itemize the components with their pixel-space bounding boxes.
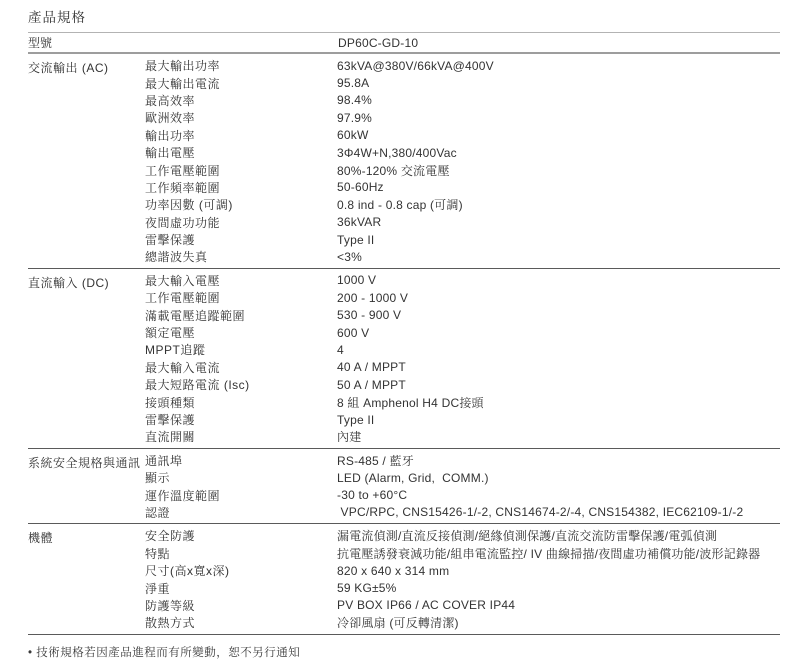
spec-row: 通訊埠RS-485 / 藍牙 xyxy=(145,452,780,469)
spec-row: 工作電壓範圍200 - 1000 V xyxy=(145,289,780,306)
spec-label: 安全防護 xyxy=(145,527,337,544)
section-title: 直流輸入 (DC) xyxy=(28,272,145,446)
spec-row: 直流開關內建 xyxy=(145,428,780,445)
model-value: DP60C-GD-10 xyxy=(338,36,780,50)
spec-row: 滿載電壓追蹤範圍530 - 900 V xyxy=(145,306,780,323)
spec-label: 顯示 xyxy=(145,469,337,486)
spec-row: 雷擊保護Type II xyxy=(145,231,780,248)
spec-value: 內建 xyxy=(337,428,780,445)
spec-label: 運作溫度範圍 xyxy=(145,487,337,504)
spec-value: 820 x 640 x 314 mm xyxy=(337,564,780,578)
spec-value: 8 組 Amphenol H4 DC接頭 xyxy=(337,394,780,411)
spec-label: 功率因數 (可調) xyxy=(145,196,337,213)
spec-row: 顯示LED (Alarm, Grid, COMM.) xyxy=(145,469,780,486)
footnote: • 技術規格若因產品進程而有所變動，恕不另行通知 xyxy=(28,644,780,660)
spec-value: <3% xyxy=(337,250,780,264)
spec-label: 最大輸出電流 xyxy=(145,75,337,92)
spec-section: 直流輸入 (DC)最大輸入電壓1000 V工作電壓範圍200 - 1000 V滿… xyxy=(28,269,780,448)
spec-row: 歐洲效率97.9% xyxy=(145,109,780,126)
spec-label: 工作電壓範圍 xyxy=(145,289,337,306)
section-title: 機體 xyxy=(28,527,145,631)
spec-row: MPPT追蹤4 xyxy=(145,341,780,358)
spec-label: 輸出功率 xyxy=(145,127,337,144)
section-rows: 最大輸入電壓1000 V工作電壓範圍200 - 1000 V滿載電壓追蹤範圍53… xyxy=(145,272,780,446)
spec-row: 運作溫度範圍-30 to +60°C xyxy=(145,486,780,503)
spec-row: 散熱方式冷卻風扇 (可反轉清潔) xyxy=(145,614,780,631)
spec-row: 最高效率98.4% xyxy=(145,92,780,109)
spec-value: 200 - 1000 V xyxy=(337,291,780,305)
spec-row: 工作頻率範圍50-60Hz xyxy=(145,179,780,196)
spec-label: 直流開關 xyxy=(145,428,337,445)
spec-sheet: 產品規格 型號 DP60C-GD-10 交流輸出 (AC)最大輸出功率63kVA… xyxy=(0,0,800,660)
spec-label: 最高效率 xyxy=(145,92,337,109)
spec-section: 系統安全規格與通訊通訊埠RS-485 / 藍牙顯示LED (Alarm, Gri… xyxy=(28,449,780,524)
spec-label: 通訊埠 xyxy=(145,452,337,469)
spec-label: 工作頻率範圍 xyxy=(145,179,337,196)
spec-value: 50-60Hz xyxy=(337,180,780,194)
spec-row: 安全防護漏電流偵測/直流反接偵測/絕緣偵測保護/直流交流防雷擊保護/電弧偵測 xyxy=(145,527,780,544)
spec-value: 40 A / MPPT xyxy=(337,360,780,374)
spec-row: 防護等級PV BOX IP66 / AC COVER IP44 xyxy=(145,597,780,614)
spec-label: 特點 xyxy=(145,545,337,562)
spec-row: 特點抗電壓誘發衰減功能/組串電流監控/ IV 曲線掃描/夜間虛功補償功能/波形記… xyxy=(145,545,780,562)
spec-label: 滿載電壓追蹤範圍 xyxy=(145,307,337,324)
spec-row: 最大輸入電流40 A / MPPT xyxy=(145,359,780,376)
spec-value: LED (Alarm, Grid, COMM.) xyxy=(337,471,780,485)
spec-row: 輸出電壓3Φ4W+N,380/400Vac xyxy=(145,144,780,161)
spec-value: 4 xyxy=(337,343,780,357)
spec-label: 輸出電壓 xyxy=(145,144,337,161)
spec-sections: 交流輸出 (AC)最大輸出功率63kVA@380V/66kVA@400V最大輸出… xyxy=(28,54,780,635)
spec-value: 97.9% xyxy=(337,111,780,125)
spec-value: RS-485 / 藍牙 xyxy=(337,452,780,469)
spec-label: 雷擊保護 xyxy=(145,411,337,428)
spec-row: 認證 VPC/RPC, CNS15426-1/-2, CNS14674-2/-4… xyxy=(145,504,780,521)
section-rows: 通訊埠RS-485 / 藍牙顯示LED (Alarm, Grid, COMM.)… xyxy=(145,452,780,522)
spec-value: 3Φ4W+N,380/400Vac xyxy=(337,146,780,160)
spec-value: -30 to +60°C xyxy=(337,488,780,502)
section-title: 交流輸出 (AC) xyxy=(28,57,145,266)
spec-label: 夜間虛功功能 xyxy=(145,214,337,231)
spec-value: VPC/RPC, CNS15426-1/-2, CNS14674-2/-4, C… xyxy=(337,505,780,519)
spec-row: 尺寸(高x寬x深)820 x 640 x 314 mm xyxy=(145,562,780,579)
spec-row: 夜間虛功功能36kVAR xyxy=(145,214,780,231)
spec-row: 接頭種類8 組 Amphenol H4 DC接頭 xyxy=(145,393,780,410)
spec-section: 交流輸出 (AC)最大輸出功率63kVA@380V/66kVA@400V最大輸出… xyxy=(28,54,780,268)
spec-value: 80%-120% 交流電壓 xyxy=(337,162,780,179)
spec-value: 冷卻風扇 (可反轉清潔) xyxy=(337,614,780,631)
spec-label: 歐洲效率 xyxy=(145,109,337,126)
spec-label: 最大輸入電流 xyxy=(145,359,337,376)
spec-value: 63kVA@380V/66kVA@400V xyxy=(337,59,780,73)
spec-label: MPPT追蹤 xyxy=(145,341,337,358)
section-title: 系統安全規格與通訊 xyxy=(28,452,145,522)
section-divider xyxy=(28,634,780,635)
spec-label: 散熱方式 xyxy=(145,614,337,631)
spec-label: 總諧波失真 xyxy=(145,248,337,265)
spec-section: 機體安全防護漏電流偵測/直流反接偵測/絕緣偵測保護/直流交流防雷擊保護/電弧偵測… xyxy=(28,524,780,633)
spec-value: 1000 V xyxy=(337,273,780,287)
spec-value: 95.8A xyxy=(337,76,780,90)
section-rows: 最大輸出功率63kVA@380V/66kVA@400V最大輸出電流95.8A最高… xyxy=(145,57,780,266)
model-label: 型號 xyxy=(28,34,338,51)
page-title: 產品規格 xyxy=(28,10,780,26)
spec-row: 輸出功率60kW xyxy=(145,127,780,144)
spec-label: 額定電壓 xyxy=(145,324,337,341)
spec-label: 最大輸出功率 xyxy=(145,57,337,74)
spec-value: 0.8 ind - 0.8 cap (可調) xyxy=(337,196,780,213)
spec-value: 36kVAR xyxy=(337,215,780,229)
spec-value: Type II xyxy=(337,413,780,427)
spec-row: 額定電壓600 V xyxy=(145,324,780,341)
spec-label: 防護等級 xyxy=(145,597,337,614)
spec-row: 淨重59 KG±5% xyxy=(145,579,780,596)
spec-row: 總諧波失真<3% xyxy=(145,248,780,265)
spec-value: 59 KG±5% xyxy=(337,581,780,595)
spec-label: 最大短路電流 (Isc) xyxy=(145,376,337,393)
spec-row: 最大輸入電壓1000 V xyxy=(145,272,780,289)
spec-value: 600 V xyxy=(337,326,780,340)
spec-value: 530 - 900 V xyxy=(337,308,780,322)
spec-value: 50 A / MPPT xyxy=(337,378,780,392)
spec-value: 抗電壓誘發衰減功能/組串電流監控/ IV 曲線掃描/夜間虛功補償功能/波形記錄器 xyxy=(337,545,780,562)
model-row: 型號 DP60C-GD-10 xyxy=(28,33,780,52)
spec-label: 雷擊保護 xyxy=(145,231,337,248)
spec-value: PV BOX IP66 / AC COVER IP44 xyxy=(337,598,780,612)
spec-value: 漏電流偵測/直流反接偵測/絕緣偵測保護/直流交流防雷擊保護/電弧偵測 xyxy=(337,527,780,544)
spec-value: 98.4% xyxy=(337,93,780,107)
spec-row: 最大輸出電流95.8A xyxy=(145,74,780,91)
spec-value: 60kW xyxy=(337,128,780,142)
spec-row: 功率因數 (可調)0.8 ind - 0.8 cap (可調) xyxy=(145,196,780,213)
spec-label: 淨重 xyxy=(145,580,337,597)
spec-label: 最大輸入電壓 xyxy=(145,272,337,289)
section-rows: 安全防護漏電流偵測/直流反接偵測/絕緣偵測保護/直流交流防雷擊保護/電弧偵測特點… xyxy=(145,527,780,631)
spec-value: Type II xyxy=(337,233,780,247)
spec-row: 最大輸出功率63kVA@380V/66kVA@400V xyxy=(145,57,780,74)
spec-label: 尺寸(高x寬x深) xyxy=(145,562,337,579)
spec-label: 接頭種類 xyxy=(145,394,337,411)
spec-row: 工作電壓範圍80%-120% 交流電壓 xyxy=(145,161,780,178)
spec-row: 最大短路電流 (Isc)50 A / MPPT xyxy=(145,376,780,393)
spec-label: 工作電壓範圍 xyxy=(145,162,337,179)
spec-row: 雷擊保護Type II xyxy=(145,411,780,428)
spec-label: 認證 xyxy=(145,504,337,521)
